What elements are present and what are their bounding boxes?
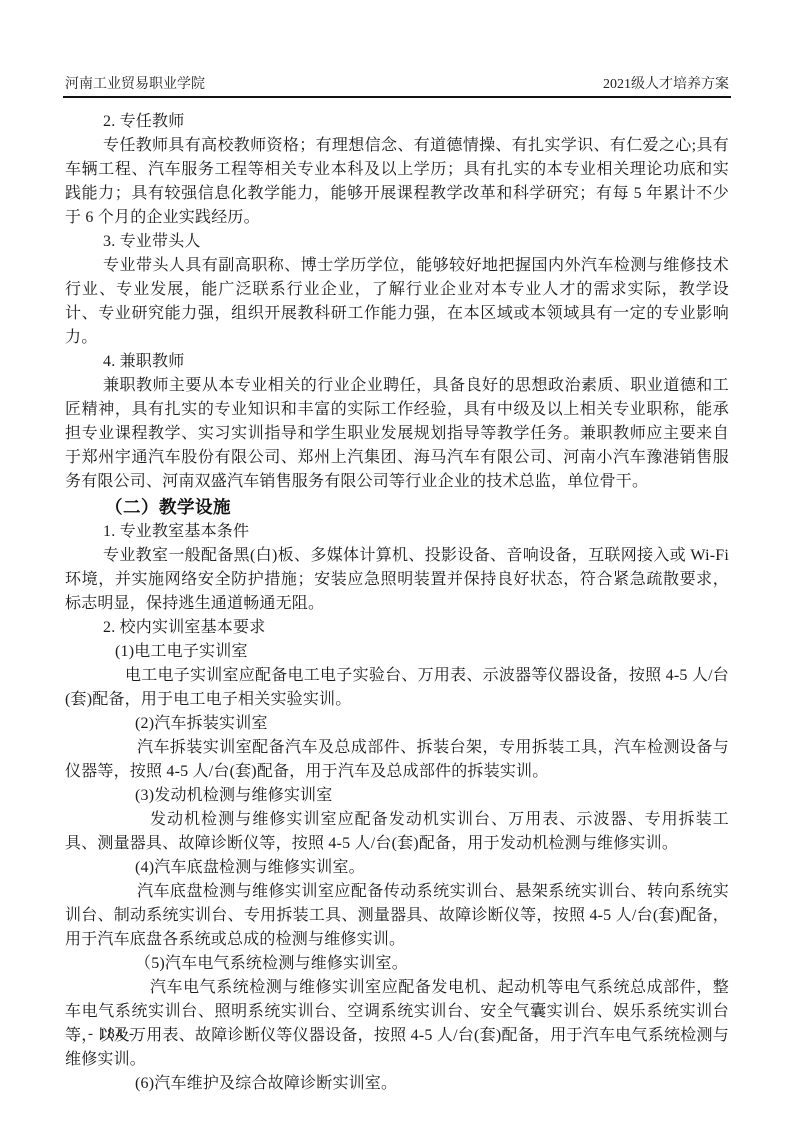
paragraph-classroom-conditions: 专业教室一般配备黑(白)板、多媒体计算机、投影设备、音响设备，互联网接入或 Wi… (65, 544, 729, 616)
item-heading-parttime-teachers: 4. 兼职教师 (65, 350, 729, 374)
paragraph-electrical-lab: 汽车电气系统检测与维修实训室应配备发电机、起动机等电气系统总成部件，整车电气系统… (65, 976, 729, 1072)
item-heading-fulltime-teachers: 2. 专任教师 (65, 110, 729, 134)
paragraph-parttime-teachers: 兼职教师主要从本专业相关的行业企业聘任，具备良好的思想政治素质、职业道德和工匠精… (65, 374, 729, 494)
header-rule (63, 96, 731, 98)
header-school-name: 河南工业贸易职业学院 (65, 76, 205, 94)
item-heading-classroom-conditions: 1. 专业教室基本条件 (65, 520, 729, 544)
item-heading-training-room-reqs: 2. 校内实训室基本要求 (65, 616, 729, 640)
section-heading-teaching-facilities: （二）教学设施 (65, 494, 729, 520)
list-item-disassembly-lab: (2)汽车拆装实训室 (65, 712, 729, 736)
paragraph-engine-lab: 发动机检测与维修实训室应配备发动机实训台、万用表、示波器、专用拆装工具、测量器具… (65, 808, 729, 856)
paragraph-program-leader: 专业带头人具有副高职称、博士学历学位，能够较好地把握国内外汽车检测与维修技术行业… (65, 254, 729, 350)
page-number: - 184 - (88, 1026, 135, 1043)
paragraph-chassis-lab: 汽车底盘检测与维修实训室应配备传动系统实训台、悬架系统实训台、转向系统实训台、制… (65, 880, 729, 952)
paragraph-electronics-lab: 电工电子实训室应配备电工电子实验台、万用表、示波器等仪器设备，按照 4-5 人/… (65, 664, 729, 712)
document-page: 河南工业贸易职业学院 2021级人才培养方案 2. 专任教师 专任教师具有高校教… (0, 0, 793, 1122)
header-doc-title: 2021级人才培养方案 (603, 76, 729, 94)
item-heading-program-leader: 3. 专业带头人 (65, 230, 729, 254)
list-item-electronics-lab: (1)电工电子实训室 (65, 640, 729, 664)
paragraph-fulltime-teachers: 专任教师具有高校教师资格；有理想信念、有道德情操、有扎实学识、有仁爱之心;具有车… (65, 134, 729, 230)
document-body: 2. 专任教师 专任教师具有高校教师资格；有理想信念、有道德情操、有扎实学识、有… (65, 110, 729, 1096)
list-item-electrical-lab: （5)汽车电气系统检测与维修实训室。 (65, 952, 729, 976)
paragraph-disassembly-lab: 汽车拆装实训室配备汽车及总成部件、拆装台架，专用拆装工具，汽车检测设备与仪器等，… (65, 736, 729, 784)
list-item-chassis-lab: (4)汽车底盘检测与维修实训室。 (65, 856, 729, 880)
list-item-maintenance-lab: (6)汽车维护及综合故障诊断实训室。 (65, 1072, 729, 1096)
list-item-engine-lab: (3)发动机检测与维修实训室 (65, 784, 729, 808)
page-header: 河南工业贸易职业学院 2021级人才培养方案 (65, 76, 729, 94)
